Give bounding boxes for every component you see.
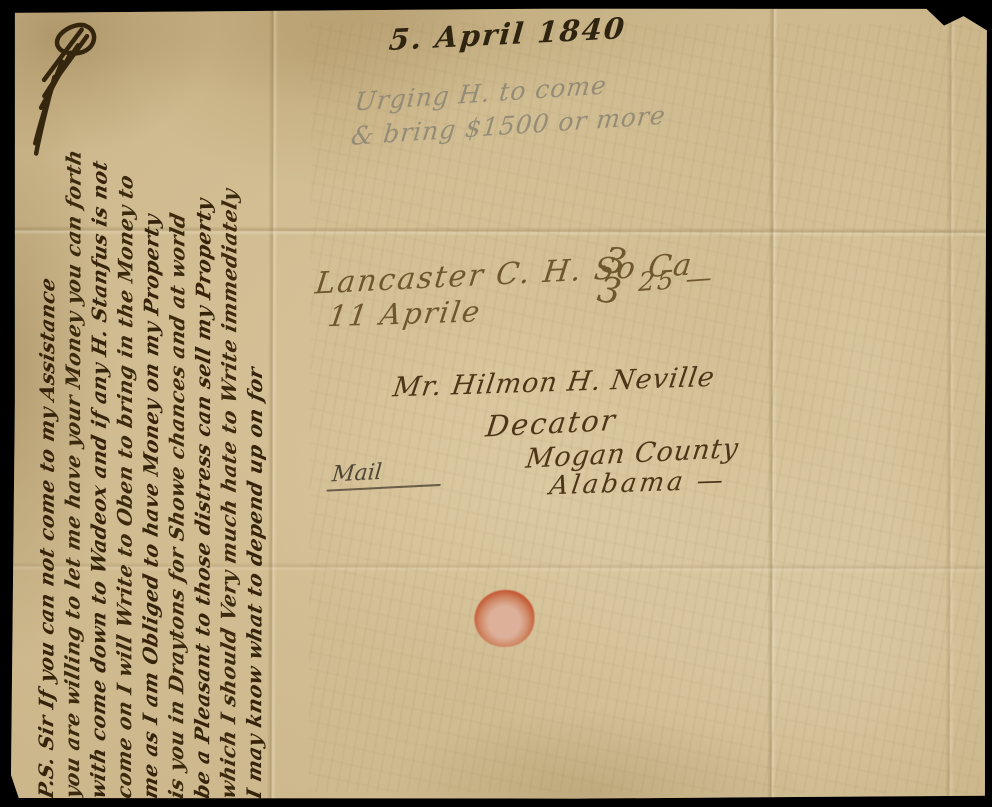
postscript-line: which I should Very much hate to Write i… bbox=[215, 3, 243, 801]
postscript-line: you are willing to let me have your Mone… bbox=[59, 3, 87, 801]
postscript-line: I may know what to depend up on for bbox=[241, 4, 269, 802]
address-state: Alabama — bbox=[548, 465, 728, 501]
postmark-date: 11 Aprile bbox=[326, 294, 484, 333]
postscript-line: P.S. Sir If you can not come to my Assis… bbox=[33, 3, 61, 801]
postscript-line: with come down to Wadeox and if any H. S… bbox=[85, 3, 113, 801]
postscript-block: P.S. Sir If you can not come to my Assis… bbox=[33, 6, 275, 799]
scanned-letter-screenshot: { "page": { "background_color": "#000000… bbox=[0, 0, 992, 807]
postage-rate: 25 — bbox=[638, 263, 714, 298]
wax-seal bbox=[474, 590, 534, 647]
letter-paper: 5. April 1840 Urging H. to come & bring … bbox=[9, 6, 987, 802]
postscript-line: me as I am Obliged to have Money on my P… bbox=[137, 3, 165, 801]
postscript-line: come on I will Write to Oben to bring in… bbox=[111, 3, 139, 801]
mail-note: Mail bbox=[327, 457, 443, 492]
postscript-line: be a Pleasant to those distress can sell… bbox=[189, 3, 217, 801]
address-city: Decator bbox=[484, 403, 619, 444]
postscript-line: is you in Draytons for Showe chances and… bbox=[163, 3, 191, 801]
